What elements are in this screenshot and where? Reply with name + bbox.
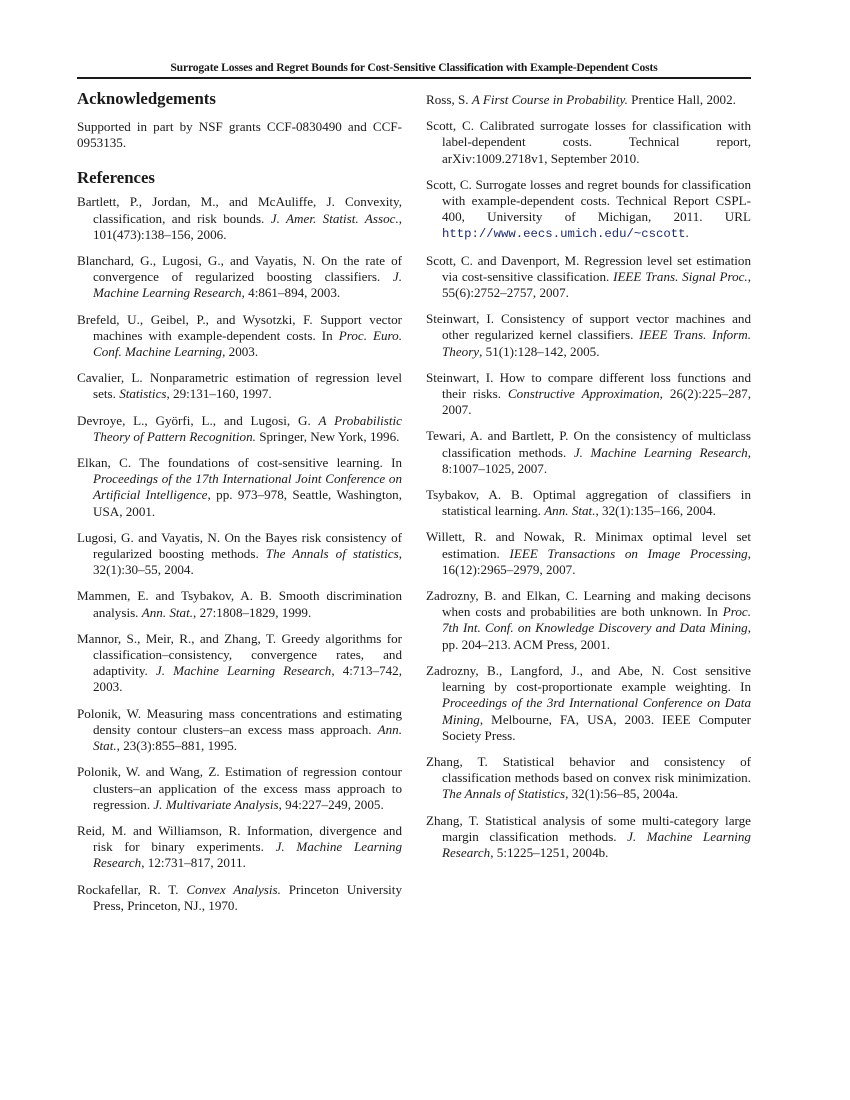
reference-venue: The Annals of statistics xyxy=(266,546,399,561)
reference-entry: Devroye, L., Györfi, L., and Lugosi, G. … xyxy=(77,413,402,445)
reference-entry: Scott, C. Surrogate losses and regret bo… xyxy=(426,177,751,243)
reference-details: , 32(1):56–85, 2004a. xyxy=(565,786,678,801)
reference-text: Zadrozny, B. and Elkan, C. Learning and … xyxy=(426,588,751,619)
reference-text: Blanchard, G., Lugosi, G., and Vayatis, … xyxy=(77,253,402,284)
left-column: Acknowledgements Supported in part by NS… xyxy=(77,88,402,914)
reference-venue: Ann. Stat. xyxy=(142,605,193,620)
reference-entry: Mammen, E. and Tsybakov, A. B. Smooth di… xyxy=(77,588,402,620)
reference-details: , 2003. xyxy=(222,344,258,359)
reference-entry: Polonik, W. Measuring mass concentration… xyxy=(77,706,402,755)
reference-details: , 4:861–894, 2003. xyxy=(242,285,341,300)
reference-entry: Cavalier, L. Nonparametric estimation of… xyxy=(77,370,402,402)
reference-text: Scott, C. Surrogate losses and regret bo… xyxy=(426,177,751,224)
reference-details: , 29:131–160, 1997. xyxy=(166,386,271,401)
running-header: Surrogate Losses and Regret Bounds for C… xyxy=(77,61,751,79)
reference-entry: Zadrozny, B., Langford, J., and Abe, N. … xyxy=(426,663,751,744)
reference-details: , 94:227–249, 2005. xyxy=(279,797,384,812)
right-column: Ross, S. A First Course in Probability. … xyxy=(426,92,751,861)
reference-venue: IEEE Transactions on Image Processing xyxy=(510,546,748,561)
reference-entry: Bartlett, P., Jordan, M., and McAuliffe,… xyxy=(77,194,402,243)
reference-entry: Ross, S. A First Course in Probability. … xyxy=(426,92,751,108)
reference-url-link[interactable]: http://www.eecs.umich.edu/~cscott xyxy=(442,227,686,241)
references-list-right: Ross, S. A First Course in Probability. … xyxy=(426,92,751,861)
references-heading: References xyxy=(77,167,402,189)
reference-details: , 27:1808–1829, 1999. xyxy=(193,605,311,620)
reference-venue: Ann. Stat. xyxy=(544,503,595,518)
reference-details: Prentice Hall, 2002. xyxy=(628,92,736,107)
reference-venue: J. Machine Learning Research xyxy=(574,445,748,460)
reference-details: , 23(3):855–881, 1995. xyxy=(117,738,237,753)
reference-text: Devroye, L., Györfi, L., and Lugosi, G. xyxy=(77,413,319,428)
reference-details: , 51(1):128–142, 2005. xyxy=(479,344,599,359)
reference-entry: Zhang, T. Statistical analysis of some m… xyxy=(426,813,751,862)
reference-text: Rockafellar, R. T. xyxy=(77,882,186,897)
reference-entry: Zhang, T. Statistical behavior and consi… xyxy=(426,754,751,803)
reference-details: . xyxy=(686,225,689,240)
reference-venue: J. Amer. Statist. Assoc. xyxy=(271,211,399,226)
reference-venue: The Annals of Statistics xyxy=(442,786,565,801)
reference-details: , 32(1):135–166, 2004. xyxy=(595,503,715,518)
references-list-left: Bartlett, P., Jordan, M., and McAuliffe,… xyxy=(77,194,402,914)
reference-text: Scott, C. Calibrated surrogate losses fo… xyxy=(426,118,751,165)
references-section: References Bartlett, P., Jordan, M., and… xyxy=(77,167,402,914)
reference-details: , Melbourne, FA, USA, 2003. IEEE Compute… xyxy=(442,712,751,743)
reference-entry: Tewari, A. and Bartlett, P. On the consi… xyxy=(426,428,751,477)
reference-venue: J. Multivariate Analysis xyxy=(153,797,278,812)
reference-text: Polonik, W. Measuring mass concentration… xyxy=(77,706,402,737)
acknowledgements-section: Acknowledgements Supported in part by NS… xyxy=(77,88,402,151)
reference-venue: J. Machine Learning Research xyxy=(156,663,331,678)
reference-text: Ross, S. xyxy=(426,92,472,107)
reference-details: , 5:1225–1251, 2004b. xyxy=(490,845,608,860)
reference-text: Zadrozny, B., Langford, J., and Abe, N. … xyxy=(426,663,751,694)
reference-venue: Convex Analysis. xyxy=(186,882,281,897)
reference-text: Elkan, C. The foundations of cost-sensit… xyxy=(77,455,402,470)
reference-text: Zhang, T. Statistical behavior and consi… xyxy=(426,754,751,785)
reference-entry: Steinwart, I. How to compare different l… xyxy=(426,370,751,419)
reference-entry: Polonik, W. and Wang, Z. Estimation of r… xyxy=(77,764,402,813)
reference-venue: A First Course in Probability. xyxy=(472,92,628,107)
reference-entry: Lugosi, G. and Vayatis, N. On the Bayes … xyxy=(77,530,402,579)
reference-entry: Scott, C. Calibrated surrogate losses fo… xyxy=(426,118,751,167)
reference-entry: Willett, R. and Nowak, R. Minimax optima… xyxy=(426,529,751,578)
reference-entry: Rockafellar, R. T. Convex Analysis. Prin… xyxy=(77,882,402,914)
reference-venue: Statistics xyxy=(119,386,166,401)
reference-entry: Tsybakov, A. B. Optimal aggregation of c… xyxy=(426,487,751,519)
reference-venue: IEEE Trans. Signal Proc. xyxy=(613,269,748,284)
reference-entry: Reid, M. and Williamson, R. Information,… xyxy=(77,823,402,872)
reference-venue: Constructive Approximation xyxy=(508,386,660,401)
reference-details: Springer, New York, 1996. xyxy=(256,429,400,444)
reference-entry: Steinwart, I. Consistency of support vec… xyxy=(426,311,751,360)
acknowledgements-heading: Acknowledgements xyxy=(77,88,402,110)
reference-entry: Scott, C. and Davenport, M. Regression l… xyxy=(426,253,751,302)
reference-entry: Mannor, S., Meir, R., and Zhang, T. Gree… xyxy=(77,631,402,696)
reference-entry: Elkan, C. The foundations of cost-sensit… xyxy=(77,455,402,520)
reference-entry: Zadrozny, B. and Elkan, C. Learning and … xyxy=(426,588,751,653)
reference-entry: Brefeld, U., Geibel, P., and Wysotzki, F… xyxy=(77,312,402,361)
running-title: Surrogate Losses and Regret Bounds for C… xyxy=(170,61,657,74)
reference-details: , 12:731–817, 2011. xyxy=(141,855,246,870)
acknowledgements-text: Supported in part by NSF grants CCF-0830… xyxy=(77,119,402,151)
reference-entry: Blanchard, G., Lugosi, G., and Vayatis, … xyxy=(77,253,402,302)
